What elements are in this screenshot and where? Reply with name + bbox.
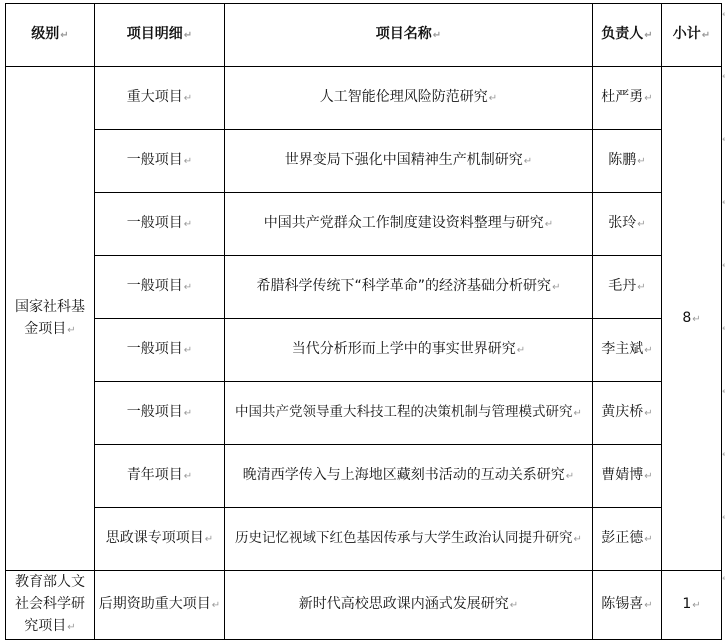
level-cell: 国家社科基金项目↵: [6, 67, 95, 571]
paragraph-mark-icon: ↵: [510, 600, 518, 611]
paragraph-mark-icon: ↵: [692, 314, 700, 325]
paragraph-mark-icon: ↵: [212, 600, 220, 611]
paragraph-mark-icon: ↵: [644, 30, 652, 41]
paragraph-mark-icon: ↵: [637, 156, 645, 167]
paragraph-mark-icon: ↵: [517, 345, 525, 356]
paragraph-mark-icon: ↵: [644, 471, 652, 482]
leader-cell: 彭正德↵: [593, 508, 662, 571]
leader-cell: 张玲↵: [593, 193, 662, 256]
name-cell: 当代分析形而上学中的事实世界研究↵: [225, 319, 593, 382]
table-row: 思政课专项项目↵ 历史记忆视域下红色基因传承与大学生政治认同提升研究↵ 彭正德↵: [6, 508, 722, 571]
level-cell: 教育部人文社会科学研究项目↵: [6, 571, 95, 640]
table-row: 一般项目↵ 中国共产党领导重大科技工程的决策机制与管理模式研究↵ 黄庆桥↵: [6, 382, 722, 445]
subtotal-cell: 8↵: [662, 67, 722, 571]
detail-cell: 思政课专项项目↵: [95, 508, 225, 571]
header-leader: 负责人↵: [593, 4, 662, 67]
detail-cell: 一般项目↵: [95, 130, 225, 193]
table-row: 一般项目↵ 希腊科学传统下“科学革命”的经济基础分析研究↵ 毛丹↵: [6, 256, 722, 319]
header-detail: 项目明细↵: [95, 4, 225, 67]
detail-cell: 一般项目↵: [95, 256, 225, 319]
detail-cell: 一般项目↵: [95, 382, 225, 445]
header-name: 项目名称↵: [225, 4, 593, 67]
paragraph-mark-icon: ↵: [552, 282, 560, 293]
leader-cell: 陈锡喜↵: [593, 571, 662, 640]
name-cell: 新时代高校思政课内涵式发展研究↵: [225, 571, 593, 640]
name-cell: 历史记忆视域下红色基因传承与大学生政治认同提升研究↵: [225, 508, 593, 571]
leader-cell: 李主斌↵: [593, 319, 662, 382]
paragraph-mark-icon: ↵: [184, 471, 192, 482]
leader-cell: 杜严勇↵: [593, 67, 662, 130]
table-row: 一般项目↵ 当代分析形而上学中的事实世界研究↵ 李主斌↵: [6, 319, 722, 382]
leader-cell: 黄庆桥↵: [593, 382, 662, 445]
paragraph-mark-icon: ↵: [644, 93, 652, 104]
paragraph-mark-icon: ↵: [205, 534, 213, 545]
header-level: 级别↵: [6, 4, 95, 67]
paragraph-mark-icon: ↵: [524, 156, 532, 167]
paragraph-mark-icon: ↵: [702, 30, 710, 41]
paragraph-mark-icon: ↵: [60, 30, 68, 41]
paragraph-mark-icon: ↵: [184, 156, 192, 167]
paragraph-mark-icon: ↵: [637, 282, 645, 293]
detail-cell: 后期资助重大项目↵: [95, 571, 225, 640]
header-row: 级别↵ 项目明细↵ 项目名称↵ 负责人↵ 小计↵: [6, 4, 722, 67]
paragraph-mark-icon: ↵: [184, 345, 192, 356]
detail-cell: 一般项目↵: [95, 193, 225, 256]
leader-cell: 曹婧博↵: [593, 445, 662, 508]
paragraph-mark-icon: ↵: [574, 408, 582, 419]
paragraph-mark-icon: ↵: [433, 30, 441, 41]
paragraph-mark-icon: ↵: [566, 471, 574, 482]
name-cell: 希腊科学传统下“科学革命”的经济基础分析研究↵: [225, 256, 593, 319]
table-row: 国家社科基金项目↵ 重大项目↵ 人工智能伦理风险防范研究↵ 杜严勇↵ 8↵: [6, 67, 722, 130]
paragraph-mark-icon: ↵: [489, 93, 497, 104]
leader-cell: 毛丹↵: [593, 256, 662, 319]
leader-cell: 陈鹏↵: [593, 130, 662, 193]
paragraph-mark-icon: ↵: [184, 282, 192, 293]
paragraph-mark-icon: ↵: [545, 219, 553, 230]
name-cell: 世界变局下强化中国精神生产机制研究↵: [225, 130, 593, 193]
name-cell: 中国共产党领导重大科技工程的决策机制与管理模式研究↵: [225, 382, 593, 445]
project-table: 级别↵ 项目明细↵ 项目名称↵ 负责人↵ 小计↵ 国家社科基金项目↵ 重大项目↵…: [5, 3, 722, 640]
header-subtotal: 小计↵: [662, 4, 722, 67]
paragraph-mark-icon: ↵: [644, 408, 652, 419]
paragraph-mark-icon: ↵: [644, 600, 652, 611]
paragraph-mark-icon: ↵: [184, 408, 192, 419]
paragraph-mark-icon: ↵: [574, 534, 582, 545]
paragraph-mark-icon: ↵: [692, 600, 700, 611]
table-row: 教育部人文社会科学研究项目↵ 后期资助重大项目↵ 新时代高校思政课内涵式发展研究…: [6, 571, 722, 640]
table-row: 青年项目↵ 晚清西学传入与上海地区藏刻书活动的互动关系研究↵ 曹婧博↵: [6, 445, 722, 508]
detail-cell: 一般项目↵: [95, 319, 225, 382]
name-cell: 晚清西学传入与上海地区藏刻书活动的互动关系研究↵: [225, 445, 593, 508]
detail-cell: 青年项目↵: [95, 445, 225, 508]
name-cell: 中国共产党群众工作制度建设资料整理与研究↵: [225, 193, 593, 256]
paragraph-mark-icon: ↵: [644, 534, 652, 545]
subtotal-cell: 1↵: [662, 571, 722, 640]
paragraph-mark-icon: ↵: [67, 325, 75, 336]
paragraph-mark-icon: ↵: [644, 345, 652, 356]
paragraph-mark-icon: ↵: [184, 219, 192, 230]
detail-cell: 重大项目↵: [95, 67, 225, 130]
paragraph-mark-icon: ↵: [67, 622, 75, 633]
paragraph-mark-icon: ↵: [637, 219, 645, 230]
paragraph-mark-icon: ↵: [184, 93, 192, 104]
table-row: 一般项目↵ 世界变局下强化中国精神生产机制研究↵ 陈鹏↵: [6, 130, 722, 193]
table-row: 一般项目↵ 中国共产党群众工作制度建设资料整理与研究↵ 张玲↵: [6, 193, 722, 256]
name-cell: 人工智能伦理风险防范研究↵: [225, 67, 593, 130]
paragraph-mark-icon: ↵: [184, 30, 192, 41]
